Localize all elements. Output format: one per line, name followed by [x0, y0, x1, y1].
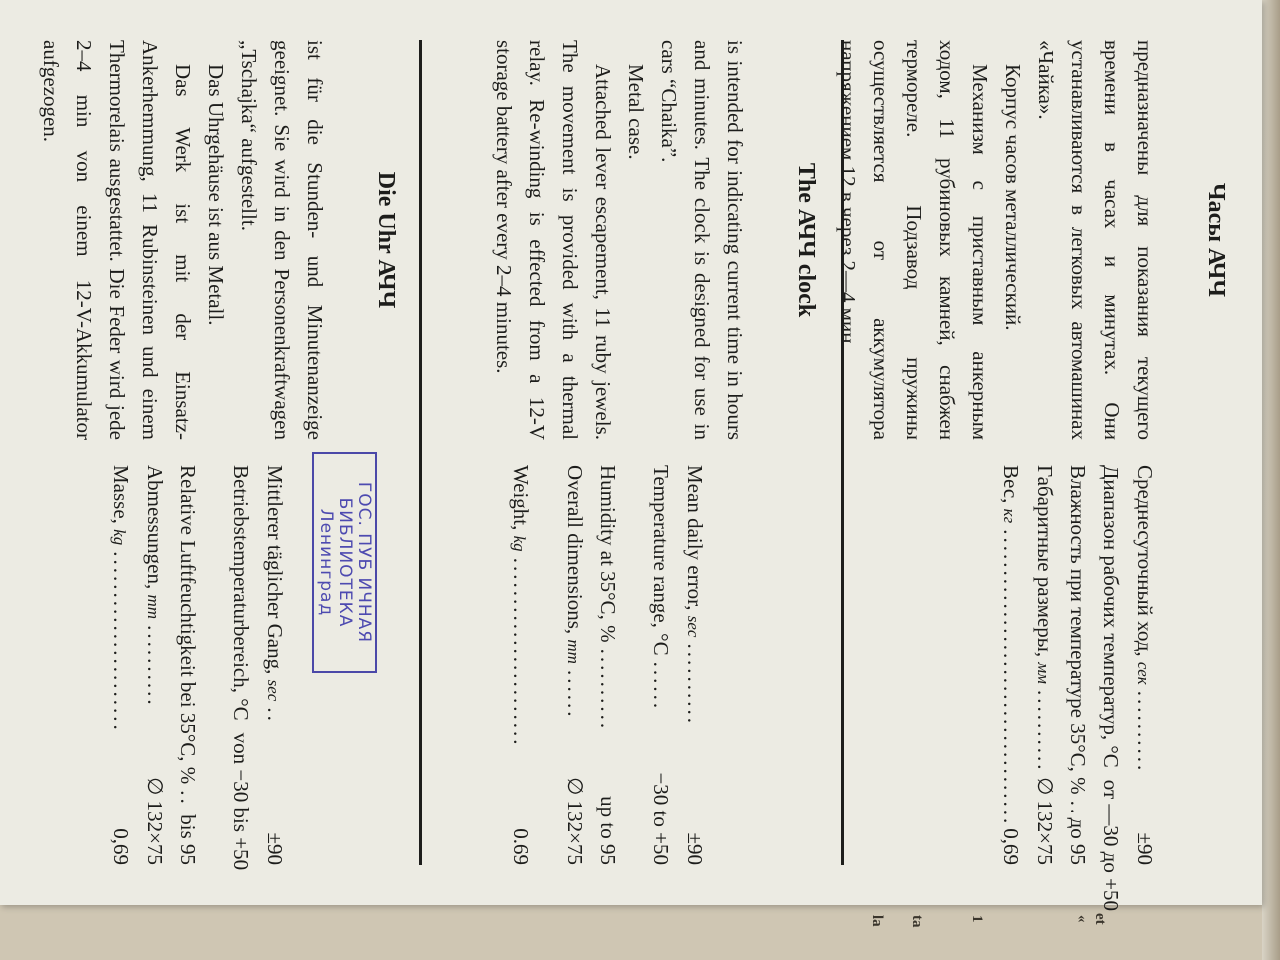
russian-paragraph: Механизм с приставным анкерным ходом, 11… — [831, 40, 996, 440]
section-divider — [419, 40, 422, 865]
spec-row: Габаритные размеры, мм..........∅ 132×75 — [1027, 465, 1061, 865]
german-paragraph: Das Werk ist mit der Einsatz-Ankerhemmun… — [34, 40, 199, 440]
library-stamp: ГОС. ПУБ ИЧНАЯ БИБЛИОТЕКА Ленинград — [312, 452, 377, 673]
russian-title: Часы АЧЧ — [1199, 40, 1232, 440]
spec-row: Betriebstemperaturbereich, °C von −30 bi… — [224, 465, 257, 865]
german-title: Die Uhr АЧЧ — [369, 40, 402, 440]
spec-row: Overall dimensions, mm......∅ 132×75 — [557, 465, 591, 865]
german-paragraph: Das Uhrgehäuse ist aus Metall. — [199, 40, 232, 440]
german-specs: Mittlerer täglicher Gang, sec..±90 Betri… — [103, 465, 291, 865]
page-edge — [1262, 0, 1280, 960]
russian-paragraph: Корпус часов металлический. — [996, 40, 1029, 440]
spec-row: Mean daily error, sec..........±90 — [677, 465, 711, 865]
german-paragraph: ist für die Stunden- und Minutenanzeige … — [232, 40, 331, 440]
spec-row: Abmessungen, mm..........∅ 132×75 — [137, 465, 171, 865]
english-paragraph: Attached lever escapement, 11 ruby jewel… — [487, 40, 619, 440]
page-fragment: ta — [908, 915, 925, 928]
section-divider — [841, 40, 844, 865]
page-fragment: 1 — [968, 915, 985, 923]
rotated-content: Часы АЧЧ предназначены для показания тек… — [0, 0, 1262, 905]
spec-row: Среднесуточный ход, сек..........±90 — [1127, 465, 1161, 865]
spec-row: Temperature range, °C......−30 to +50 — [644, 465, 677, 865]
english-title: The АЧЧ clock — [789, 40, 822, 440]
spec-row: Masse, kg......................0,69 — [103, 465, 137, 865]
underlying-page: et « 1 ta la — [0, 905, 1280, 960]
russian-text-column: Часы АЧЧ предназначены для показания тек… — [831, 40, 1232, 440]
page-fragment: la — [868, 915, 885, 927]
spec-row: Диапазон рабочих температур, °С.........… — [1094, 465, 1127, 865]
spec-row: Влажность при температуре 35°С, %.......… — [1061, 465, 1094, 865]
spec-row: Mittlerer täglicher Gang, sec..±90 — [257, 465, 291, 865]
russian-specs: Среднесуточный ход, сек..........±90 Диа… — [993, 465, 1161, 865]
russian-paragraph: предназначены для показания текущего вре… — [1029, 40, 1161, 440]
english-text-column: The АЧЧ clock is intended for indicating… — [487, 40, 822, 440]
spec-row: Relative Luftfeuchtigkeit bei 35°C, %...… — [171, 465, 204, 865]
spec-row: Weight, kg.......................0.69 — [503, 465, 537, 865]
page-fragment: « — [1073, 915, 1090, 923]
spec-row: Humidity at 35°C, %..........up to 95 — [591, 465, 624, 865]
spec-row: Вес, кг.................................… — [993, 465, 1027, 865]
english-specs: Mean daily error, sec..........±90 Tempe… — [503, 465, 711, 865]
german-text-column: Die Uhr АЧЧ ist für die Stunden- und Min… — [34, 40, 402, 440]
page-fragment: et — [1091, 913, 1108, 925]
english-paragraph: is intended for indicating current time … — [652, 40, 751, 440]
english-paragraph: Metal case. — [619, 40, 652, 440]
document-page: Часы АЧЧ предназначены для показания тек… — [0, 0, 1262, 905]
